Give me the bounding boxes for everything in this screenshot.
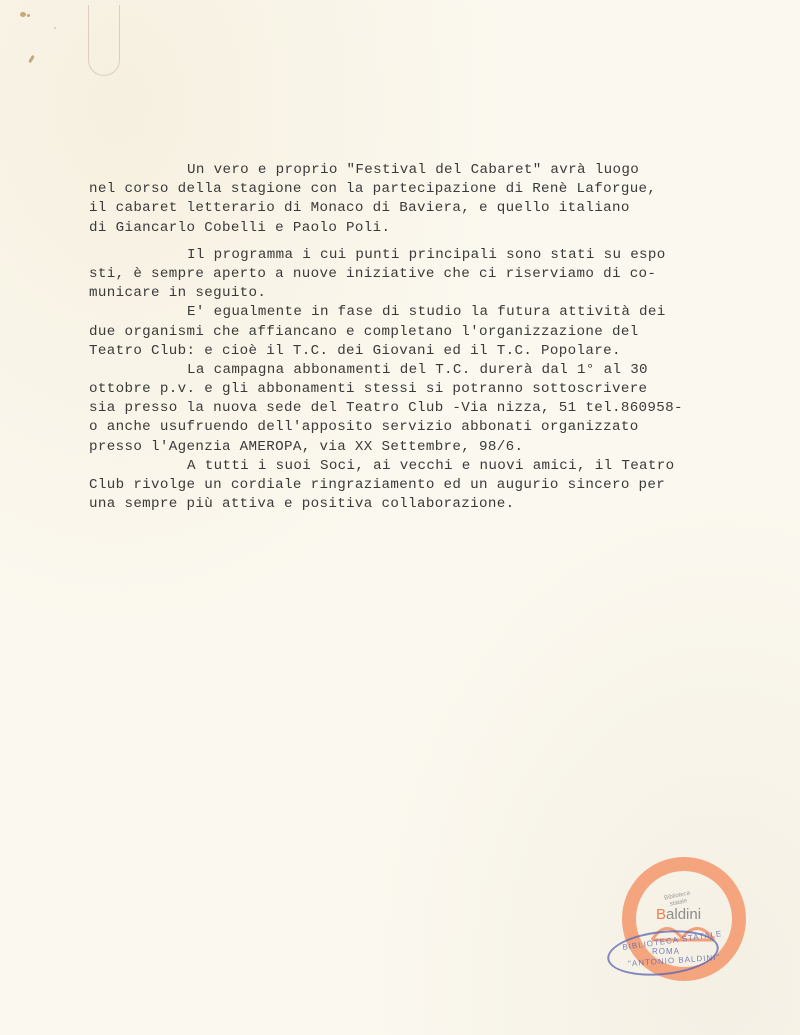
text-line: ottobre p.v. e gli abbonamenti stessi si… bbox=[89, 380, 739, 399]
text-line: di Giancarlo Cobelli e Paolo Poli. bbox=[89, 219, 739, 238]
text-line: A tutti i suoi Soci, ai vecchi e nuovi a… bbox=[89, 457, 739, 476]
typewritten-text: Un vero e proprio "Festival del Cabaret"… bbox=[89, 161, 739, 514]
text-line: La campagna abbonamenti del T.C. durerà … bbox=[89, 361, 739, 380]
text-line: Teatro Club: e cioè il T.C. dei Giovani … bbox=[89, 342, 739, 361]
paragraph: Il programma i cui punti principali sono… bbox=[89, 246, 739, 304]
ink-smudge bbox=[28, 55, 35, 63]
ink-smudge bbox=[27, 14, 30, 17]
document-page: Un vero e proprio "Festival del Cabaret"… bbox=[0, 0, 800, 1035]
paper-crease bbox=[88, 5, 120, 76]
ink-smudge bbox=[20, 12, 26, 17]
text-line: il cabaret letterario di Monaco di Bavie… bbox=[89, 199, 739, 218]
text-line: due organismi che affiancano e completan… bbox=[89, 323, 739, 342]
ink-smudge bbox=[54, 27, 56, 29]
paragraph: Un vero e proprio "Festival del Cabaret"… bbox=[89, 161, 739, 238]
paragraph-gap bbox=[89, 238, 739, 246]
text-line: nel corso della stagione con la partecip… bbox=[89, 180, 739, 199]
text-line: Un vero e proprio "Festival del Cabaret"… bbox=[89, 161, 739, 180]
text-line: sia presso la nuova sede del Teatro Club… bbox=[89, 399, 739, 418]
text-line: Il programma i cui punti principali sono… bbox=[89, 246, 739, 265]
text-line: presso l'Agenzia AMEROPA, via XX Settemb… bbox=[89, 438, 739, 457]
text-line: E' egualmente in fase di studio la futur… bbox=[89, 303, 739, 322]
text-line: Club rivolge un cordiale ringraziamento … bbox=[89, 476, 739, 495]
text-line: sti, è sempre aperto a nuove iniziative … bbox=[89, 265, 739, 284]
text-line: una sempre più attiva e positiva collabo… bbox=[89, 495, 739, 514]
paragraph: E' egualmente in fase di studio la futur… bbox=[89, 303, 739, 361]
text-line: o anche usufruendo dell'apposito servizi… bbox=[89, 418, 739, 437]
paragraph: La campagna abbonamenti del T.C. durerà … bbox=[89, 361, 739, 457]
text-line: municare in seguito. bbox=[89, 284, 739, 303]
oval-stamp-middle-text: ROMA bbox=[652, 947, 680, 956]
paragraph: A tutti i suoi Soci, ai vecchi e nuovi a… bbox=[89, 457, 739, 515]
